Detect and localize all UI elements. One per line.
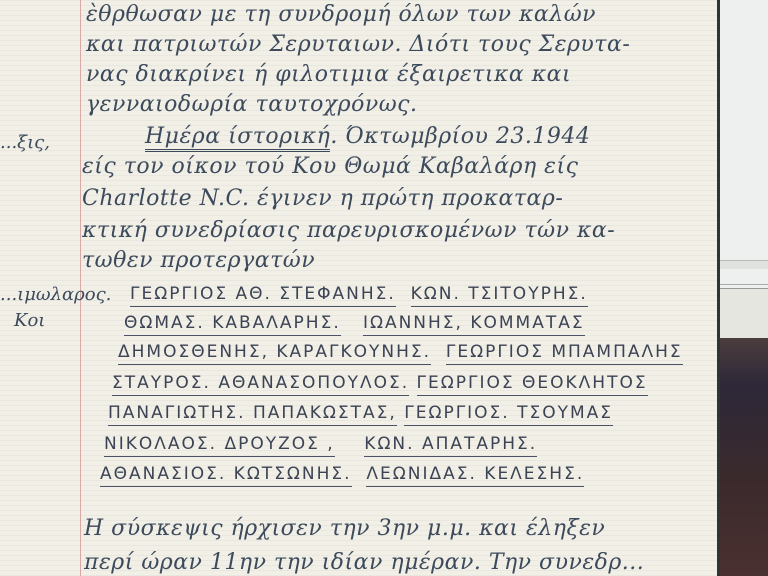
background-surface <box>720 338 768 576</box>
name-row: ΠΑΝΑΓΙΩΤΗΣ. ΠΑΠΑΚΩΣΤΑΣ, ΓΕΩΡΓΙΟΣ. ΤΣΟΥΜΑ… <box>108 403 613 423</box>
paragraph-line: κτική συνεδρίασις παρευρισκομένων τών κα… <box>82 218 615 243</box>
member-name: ΣΤΑΥΡΟΣ. ΑΘΑΝΑΣΟΠΟΥΛΟΣ. <box>112 373 409 396</box>
member-name: ΓΕΩΡΓΙΟΣ ΑΘ. ΣΤΕΦΑΝΗΣ. <box>130 284 396 307</box>
sheet-edge <box>720 284 768 285</box>
member-name: ΙΩΑΝΝΗΣ, ΚΟΜΜΑΤΑΣ <box>363 313 585 336</box>
paragraph-line: είς τον οίκον τού Κου Θωμά Καβαλάρη είς <box>82 154 578 179</box>
body-line: γενναιοδωρία ταυτοχρόνως. <box>86 92 417 117</box>
member-name: ΚΩΝ. ΑΠΑΤΑΡΗΣ. <box>364 434 537 457</box>
name-row: ΑΘΑΝΑΣΙΟΣ. ΚΩΤΣΩΝΗΣ. ΛΕΩΝΙΔΑΣ. ΚΕΛΕΣΗΣ. <box>100 464 584 484</box>
body-line: ὲθρθωσαν με τη συνδρομή όλων των καλών <box>86 2 596 27</box>
name-row: ΘΩΜΑΣ. ΚΑΒΑΛΑΡΗΣ. ΙΩΑΝΝΗΣ, ΚΟΜΜΑΤΑΣ <box>124 313 585 333</box>
member-name: ΓΕΩΡΓΙΟΣ ΜΠΑΜΠΑΛΗΣ <box>446 342 683 365</box>
member-name: ΔΗΜΟΣΘΕΝΗΣ, ΚΑΡΑΓΚΟΥΝΗΣ. <box>118 342 431 365</box>
heading-underlined: Ημέρα ίστορική <box>145 124 330 152</box>
paragraph-line: τωθεν προτεργατών <box>82 248 315 273</box>
closing-line: Η σύσκεψις ήρχισεν την 3ην μ.μ. και έληξ… <box>84 516 605 541</box>
member-name: ΓΕΩΡΓΙΟΣ ΘΕΟΚΛΗΤΟΣ <box>417 373 648 396</box>
member-name: ΘΩΜΑΣ. ΚΑΒΑΛΑΡΗΣ. <box>124 313 341 336</box>
body-line: νας διακρίνει ή φιλοτιμια έξαιρετικα και <box>86 62 571 87</box>
name-row: ΓΕΩΡΓΙΟΣ ΑΘ. ΣΤΕΦΑΝΗΣ. ΚΩΝ. ΤΣΙΤΟΥΡΗΣ. <box>130 284 588 304</box>
ledger-page: ...ξις, ...ιμωλαρος. Κοι ὲθρθωσαν με τη … <box>0 0 718 576</box>
member-name: ΓΕΩΡΓΙΟΣ. ΤΣΟΥΜΑΣ <box>404 403 613 426</box>
background-sheet <box>720 288 768 339</box>
name-row: ΝΙΚΟΛΑΟΣ. ΔΡΟΥΖΟΣ , ΚΩΝ. ΑΠΑΤΑΡΗΣ. <box>104 434 537 454</box>
background-sheet <box>720 0 768 288</box>
name-row: ΔΗΜΟΣΘΕΝΗΣ, ΚΑΡΑΓΚΟΥΝΗΣ. ΓΕΩΡΓΙΟΣ ΜΠΑΜΠΑ… <box>118 342 683 362</box>
margin-note: ...ιμωλαρος. <box>0 284 111 305</box>
body-line: και πατριωτών Σερυταιων. Διότι τους Σερυ… <box>86 32 630 57</box>
name-row: ΣΤΑΥΡΟΣ. ΑΘΑΝΑΣΟΠΟΥΛΟΣ. ΓΕΩΡΓΙΟΣ ΘΕΟΚΛΗΤ… <box>112 373 648 393</box>
margin-note: ...ξις, <box>0 132 50 153</box>
heading-date: . Όκτωμβρίου 23.1944 <box>330 124 590 149</box>
paragraph-line: Charlotte N.C. έγινεν η πρώτη προκαταρ- <box>82 186 563 211</box>
margin-note: Κοι <box>14 310 45 331</box>
closing-line: περί ώραν 11ην την ιδίαν ημέραν. Την συν… <box>84 550 644 575</box>
member-name: ΛΕΩΝΙΔΑΣ. ΚΕΛΕΣΗΣ. <box>366 464 584 487</box>
member-name: ΠΑΝΑΓΙΩΤΗΣ. ΠΑΠΑΚΩΣΤΑΣ, <box>108 403 397 426</box>
sheet-edge <box>720 260 768 269</box>
member-name: ΝΙΚΟΛΑΟΣ. ΔΡΟΥΖΟΣ , <box>104 434 335 457</box>
member-name: ΑΘΑΝΑΣΙΟΣ. ΚΩΤΣΩΝΗΣ. <box>100 464 352 487</box>
member-name: ΚΩΝ. ΤΣΙΤΟΥΡΗΣ. <box>411 284 588 307</box>
heading: Ημέρα ίστορική. Όκτωμβρίου 23.1944 <box>145 124 590 149</box>
